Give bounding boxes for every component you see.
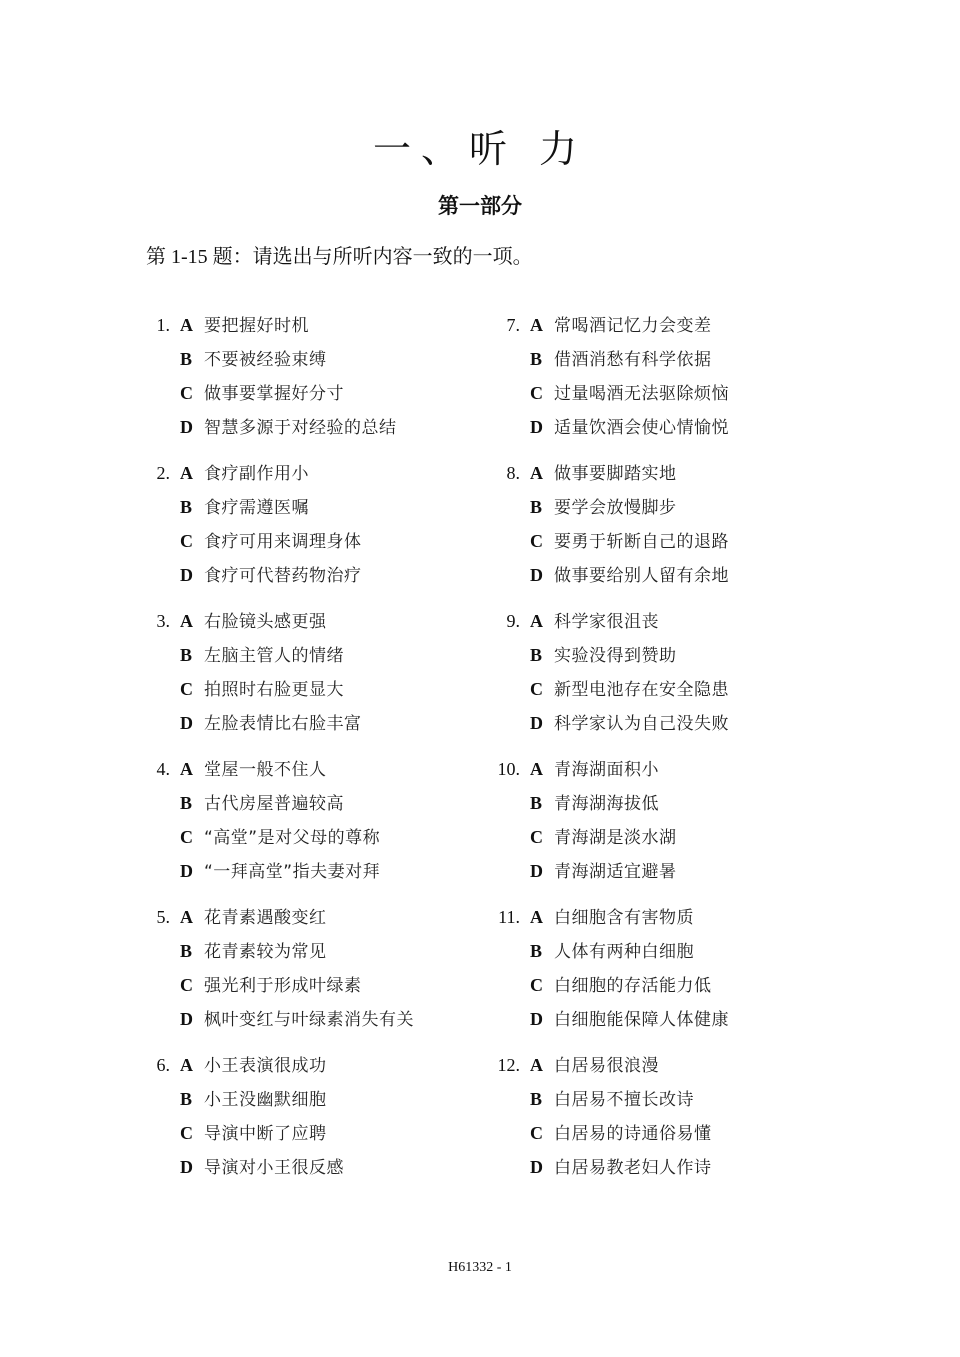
question-number: 4. <box>140 756 170 782</box>
question-10: 10. A青海湖面积小 B青海湖海拔低 C青海湖是淡水湖 D青海湖适宜避暑 <box>490 756 850 904</box>
option-text: 堂屋一般不住人 <box>204 760 327 780</box>
option-b[interactable]: B花青素较为常见 <box>180 938 414 972</box>
question-number: 2. <box>140 460 170 486</box>
option-letter: A <box>180 904 204 930</box>
question-number: 10. <box>490 756 520 782</box>
question-number: 1. <box>140 312 170 338</box>
option-text: 青海湖面积小 <box>554 760 659 780</box>
option-d[interactable]: D白居易教老妇人作诗 <box>530 1154 712 1188</box>
option-a[interactable]: A右脸镜头感更强 <box>180 608 362 642</box>
option-text: 青海湖海拔低 <box>554 794 659 814</box>
option-letter: B <box>530 790 554 816</box>
option-letter: A <box>180 460 204 486</box>
option-text: 新型电池存在安全隐患 <box>554 680 729 700</box>
option-b[interactable]: B要学会放慢脚步 <box>530 494 729 528</box>
option-text: 白细胞含有害物质 <box>554 908 694 928</box>
option-text: 食疗需遵医嘱 <box>204 498 309 518</box>
option-text: 导演中断了应聘 <box>204 1124 327 1144</box>
option-b[interactable]: B实验没得到赞助 <box>530 642 729 676</box>
option-letter: B <box>180 494 204 520</box>
option-a[interactable]: A青海湖面积小 <box>530 756 677 790</box>
option-a[interactable]: A白居易很浪漫 <box>530 1052 712 1086</box>
option-text: 右脸镜头感更强 <box>204 612 327 632</box>
question-9: 9. A科学家很沮丧 B实验没得到赞助 C新型电池存在安全隐患 D科学家认为自己… <box>490 608 850 756</box>
option-letter: B <box>530 1086 554 1112</box>
option-text: 借酒消愁有科学依据 <box>554 350 712 370</box>
option-letter: A <box>530 1052 554 1078</box>
option-b[interactable]: B借酒消愁有科学依据 <box>530 346 729 380</box>
option-letter: A <box>530 460 554 486</box>
option-a[interactable]: A小王表演很成功 <box>180 1052 344 1086</box>
option-letter: B <box>530 938 554 964</box>
option-d[interactable]: D做事要给别人留有余地 <box>530 562 729 596</box>
question-3: 3. A右脸镜头感更强 B左脑主管人的情绪 C拍照时右脸更显大 D左脸表情比右脸… <box>140 608 500 756</box>
option-a[interactable]: A做事要脚踏实地 <box>530 460 729 494</box>
option-c[interactable]: C白细胞的存活能力低 <box>530 972 729 1006</box>
option-text: 花青素遇酸变红 <box>204 908 327 928</box>
option-d[interactable]: D“一拜高堂”指夫妻对拜 <box>180 858 380 892</box>
question-7: 7. A常喝酒记忆力会变差 B借酒消愁有科学依据 C过量喝酒无法驱除烦恼 D适量… <box>490 312 850 460</box>
option-letter: C <box>530 380 554 406</box>
option-letter: C <box>530 972 554 998</box>
option-letter: B <box>180 938 204 964</box>
option-text: 要勇于斩断自己的退路 <box>554 532 729 552</box>
option-text: 过量喝酒无法驱除烦恼 <box>554 384 729 404</box>
option-text: 智慧多源于对经验的总结 <box>204 418 397 438</box>
option-text: 小王没幽默细胞 <box>204 1090 327 1110</box>
question-2: 2. A食疗副作用小 B食疗需遵医嘱 C食疗可用来调理身体 D食疗可代替药物治疗 <box>140 460 500 608</box>
option-letter: D <box>530 858 554 884</box>
option-text: 左脑主管人的情绪 <box>204 646 344 666</box>
option-letter: A <box>180 312 204 338</box>
option-list: A白细胞含有害物质 B人体有两种白细胞 C白细胞的存活能力低 D白细胞能保障人体… <box>530 904 729 1040</box>
option-letter: A <box>180 756 204 782</box>
option-a[interactable]: A常喝酒记忆力会变差 <box>530 312 729 346</box>
question-4: 4. A堂屋一般不住人 B古代房屋普遍较高 C“高堂”是对父母的尊称 D“一拜高… <box>140 756 500 904</box>
option-letter: B <box>180 346 204 372</box>
option-text: 青海湖是淡水湖 <box>554 828 677 848</box>
option-c[interactable]: C“高堂”是对父母的尊称 <box>180 824 380 858</box>
option-c[interactable]: C白居易的诗通俗易懂 <box>530 1120 712 1154</box>
option-c[interactable]: C要勇于斩断自己的退路 <box>530 528 729 562</box>
option-text: 枫叶变红与叶绿素消失有关 <box>204 1010 414 1030</box>
option-text: 白细胞能保障人体健康 <box>554 1010 729 1030</box>
option-list: A科学家很沮丧 B实验没得到赞助 C新型电池存在安全隐患 D科学家认为自己没失败 <box>530 608 729 744</box>
option-letter: A <box>180 1052 204 1078</box>
option-letter: D <box>180 1006 204 1032</box>
option-letter: A <box>530 608 554 634</box>
option-d[interactable]: D枫叶变红与叶绿素消失有关 <box>180 1006 414 1040</box>
option-letter: C <box>180 972 204 998</box>
option-letter: A <box>180 608 204 634</box>
option-b[interactable]: B食疗需遵医嘱 <box>180 494 362 528</box>
option-b[interactable]: B白居易不擅长改诗 <box>530 1086 712 1120</box>
option-b[interactable]: B不要被经验束缚 <box>180 346 397 380</box>
option-list: A常喝酒记忆力会变差 B借酒消愁有科学依据 C过量喝酒无法驱除烦恼 D适量饮酒会… <box>530 312 729 448</box>
question-11: 11. A白细胞含有害物质 B人体有两种白细胞 C白细胞的存活能力低 D白细胞能… <box>490 904 850 1052</box>
option-letter: C <box>180 528 204 554</box>
option-letter: C <box>530 824 554 850</box>
section-title: 一、听 力 <box>0 118 960 173</box>
option-c[interactable]: C过量喝酒无法驱除烦恼 <box>530 380 729 414</box>
option-letter: A <box>530 756 554 782</box>
option-d[interactable]: D科学家认为自己没失败 <box>530 710 729 744</box>
option-text: 要把握好时机 <box>204 316 309 336</box>
option-text: 要学会放慢脚步 <box>554 498 677 518</box>
option-text: 白居易很浪漫 <box>554 1056 659 1076</box>
option-list: A要把握好时机 B不要被经验束缚 C做事要掌握好分寸 D智慧多源于对经验的总结 <box>180 312 397 448</box>
option-letter: B <box>180 1086 204 1112</box>
option-letter: D <box>180 1154 204 1180</box>
question-12: 12. A白居易很浪漫 B白居易不擅长改诗 C白居易的诗通俗易懂 D白居易教老妇… <box>490 1052 850 1200</box>
option-letter: A <box>530 904 554 930</box>
option-list: A右脸镜头感更强 B左脑主管人的情绪 C拍照时右脸更显大 D左脸表情比右脸丰富 <box>180 608 362 744</box>
option-c[interactable]: C青海湖是淡水湖 <box>530 824 677 858</box>
option-list: A白居易很浪漫 B白居易不擅长改诗 C白居易的诗通俗易懂 D白居易教老妇人作诗 <box>530 1052 712 1188</box>
question-number: 11. <box>490 904 520 930</box>
option-text: 食疗可代替药物治疗 <box>204 566 362 586</box>
option-text: 适量饮酒会使心情愉悦 <box>554 418 729 438</box>
page-footer-code: H61332 - 1 <box>0 1260 960 1276</box>
questions-right-column: 7. A常喝酒记忆力会变差 B借酒消愁有科学依据 C过量喝酒无法驱除烦恼 D适量… <box>490 312 850 1200</box>
option-text: 做事要掌握好分寸 <box>204 384 344 404</box>
option-list: A食疗副作用小 B食疗需遵医嘱 C食疗可用来调理身体 D食疗可代替药物治疗 <box>180 460 362 596</box>
question-1: 1. A要把握好时机 B不要被经验束缚 C做事要掌握好分寸 D智慧多源于对经验的… <box>140 312 500 460</box>
option-text: 科学家认为自己没失败 <box>554 714 729 734</box>
option-letter: B <box>530 346 554 372</box>
option-list: A花青素遇酸变红 B花青素较为常见 C强光利于形成叶绿素 D枫叶变红与叶绿素消失… <box>180 904 414 1040</box>
option-text: 常喝酒记忆力会变差 <box>554 316 712 336</box>
option-text: 实验没得到赞助 <box>554 646 677 666</box>
option-letter: C <box>180 380 204 406</box>
option-letter: C <box>530 1120 554 1146</box>
option-text: 拍照时右脸更显大 <box>204 680 344 700</box>
option-letter: D <box>530 562 554 588</box>
option-c[interactable]: C导演中断了应聘 <box>180 1120 344 1154</box>
option-letter: D <box>530 1006 554 1032</box>
option-letter: D <box>180 710 204 736</box>
option-b[interactable]: B青海湖海拔低 <box>530 790 677 824</box>
question-number: 3. <box>140 608 170 634</box>
option-text: 小王表演很成功 <box>204 1056 327 1076</box>
question-number: 5. <box>140 904 170 930</box>
option-list: A做事要脚踏实地 B要学会放慢脚步 C要勇于斩断自己的退路 D做事要给别人留有余… <box>530 460 729 596</box>
option-d[interactable]: D左脸表情比右脸丰富 <box>180 710 362 744</box>
option-text: 白细胞的存活能力低 <box>554 976 712 996</box>
option-letter: C <box>180 676 204 702</box>
question-6: 6. A小王表演很成功 B小王没幽默细胞 C导演中断了应聘 D导演对小王很反感 <box>140 1052 500 1200</box>
option-text: 强光利于形成叶绿素 <box>204 976 362 996</box>
option-d[interactable]: D智慧多源于对经验的总结 <box>180 414 397 448</box>
option-letter: B <box>530 642 554 668</box>
option-c[interactable]: C做事要掌握好分寸 <box>180 380 397 414</box>
option-d[interactable]: D导演对小王很反感 <box>180 1154 344 1188</box>
option-letter: D <box>180 562 204 588</box>
option-letter: B <box>180 790 204 816</box>
option-text: 做事要给别人留有余地 <box>554 566 729 586</box>
option-text: 古代房屋普遍较高 <box>204 794 344 814</box>
option-a[interactable]: A科学家很沮丧 <box>530 608 729 642</box>
part-subtitle: 第一部分 <box>0 190 960 220</box>
questions-left-column: 1. A要把握好时机 B不要被经验束缚 C做事要掌握好分寸 D智慧多源于对经验的… <box>140 312 500 1200</box>
option-b[interactable]: B小王没幽默细胞 <box>180 1086 344 1120</box>
option-text: 白居易的诗通俗易懂 <box>554 1124 712 1144</box>
question-8: 8. A做事要脚踏实地 B要学会放慢脚步 C要勇于斩断自己的退路 D做事要给别人… <box>490 460 850 608</box>
option-a[interactable]: A要把握好时机 <box>180 312 397 346</box>
option-b[interactable]: B古代房屋普遍较高 <box>180 790 380 824</box>
option-letter: D <box>530 1154 554 1180</box>
option-text: 左脸表情比右脸丰富 <box>204 714 362 734</box>
option-b[interactable]: B左脑主管人的情绪 <box>180 642 362 676</box>
option-text: 不要被经验束缚 <box>204 350 327 370</box>
option-letter: C <box>530 676 554 702</box>
option-letter: B <box>530 494 554 520</box>
option-text: “一拜高堂”指夫妻对拜 <box>204 862 380 882</box>
option-c[interactable]: C食疗可用来调理身体 <box>180 528 362 562</box>
question-number: 12. <box>490 1052 520 1078</box>
option-b[interactable]: B人体有两种白细胞 <box>530 938 729 972</box>
option-text: 花青素较为常见 <box>204 942 327 962</box>
option-letter: D <box>180 414 204 440</box>
option-text: “高堂”是对父母的尊称 <box>204 828 380 848</box>
option-letter: B <box>180 642 204 668</box>
option-a[interactable]: A花青素遇酸变红 <box>180 904 414 938</box>
option-text: 导演对小王很反感 <box>204 1158 344 1178</box>
option-a[interactable]: A食疗副作用小 <box>180 460 362 494</box>
question-number: 7. <box>490 312 520 338</box>
option-text: 食疗副作用小 <box>204 464 309 484</box>
option-list: A小王表演很成功 B小王没幽默细胞 C导演中断了应聘 D导演对小王很反感 <box>180 1052 344 1188</box>
option-text: 白居易教老妇人作诗 <box>554 1158 712 1178</box>
option-d[interactable]: D食疗可代替药物治疗 <box>180 562 362 596</box>
question-number: 6. <box>140 1052 170 1078</box>
option-d[interactable]: D适量饮酒会使心情愉悦 <box>530 414 729 448</box>
option-letter: C <box>530 528 554 554</box>
instruction-text: 第 1-15 题：请选出与所听内容一致的一项。 <box>146 240 533 269</box>
option-letter: C <box>180 824 204 850</box>
option-a[interactable]: A白细胞含有害物质 <box>530 904 729 938</box>
option-text: 食疗可用来调理身体 <box>204 532 362 552</box>
option-text: 人体有两种白细胞 <box>554 942 694 962</box>
option-list: A堂屋一般不住人 B古代房屋普遍较高 C“高堂”是对父母的尊称 D“一拜高堂”指… <box>180 756 380 892</box>
option-c[interactable]: C强光利于形成叶绿素 <box>180 972 414 1006</box>
option-text: 青海湖适宜避暑 <box>554 862 677 882</box>
option-a[interactable]: A堂屋一般不住人 <box>180 756 380 790</box>
option-c[interactable]: C拍照时右脸更显大 <box>180 676 362 710</box>
option-letter: C <box>180 1120 204 1146</box>
option-letter: D <box>530 414 554 440</box>
option-text: 白居易不擅长改诗 <box>554 1090 694 1110</box>
option-letter: A <box>530 312 554 338</box>
option-d[interactable]: D青海湖适宜避暑 <box>530 858 677 892</box>
option-letter: D <box>180 858 204 884</box>
option-c[interactable]: C新型电池存在安全隐患 <box>530 676 729 710</box>
option-list: A青海湖面积小 B青海湖海拔低 C青海湖是淡水湖 D青海湖适宜避暑 <box>530 756 677 892</box>
option-d[interactable]: D白细胞能保障人体健康 <box>530 1006 729 1040</box>
question-5: 5. A花青素遇酸变红 B花青素较为常见 C强光利于形成叶绿素 D枫叶变红与叶绿… <box>140 904 500 1052</box>
question-number: 8. <box>490 460 520 486</box>
option-letter: D <box>530 710 554 736</box>
option-text: 科学家很沮丧 <box>554 612 659 632</box>
option-text: 做事要脚踏实地 <box>554 464 677 484</box>
question-number: 9. <box>490 608 520 634</box>
